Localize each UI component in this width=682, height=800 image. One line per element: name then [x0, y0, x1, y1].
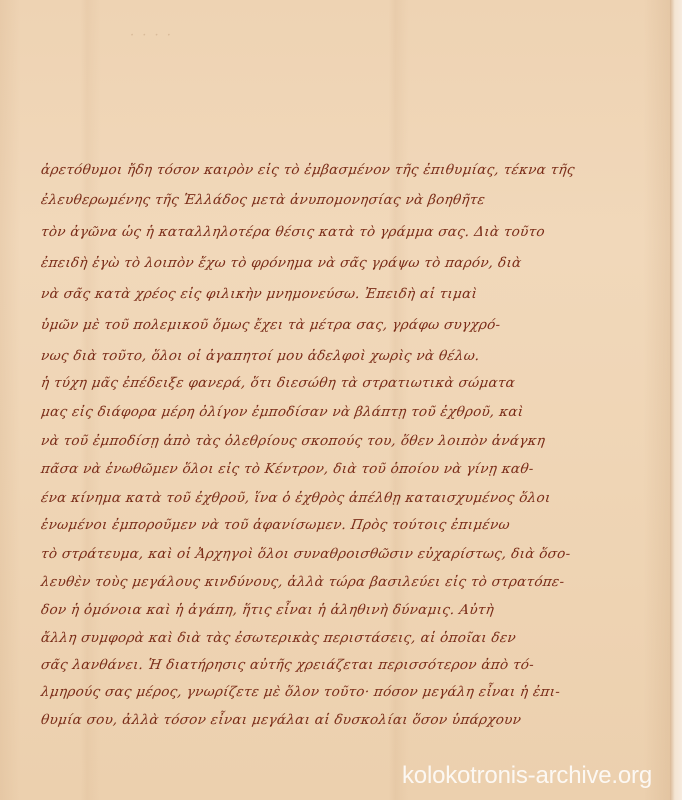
manuscript-line-6: ὑμῶν μὲ τοῦ πολεμικοῦ ὅμως ἔχει τὰ μέτρα… [40, 317, 502, 333]
manuscript-line-15: λευθὲν τοὺς μεγάλους κινδύνους, ἀλλὰ τώρ… [40, 574, 566, 590]
manuscript-line-5: νὰ σᾶς κατὰ χρέος εἰς φιλικὴν μνημονεύσω… [40, 286, 478, 302]
manuscript-line-1: ἀρετόθυμοι ἤδη τόσον καιρὸν εἰς τὸ ἐμβασ… [40, 162, 576, 178]
manuscript-line-20: θυμία σου, ἀλλὰ τόσον εἶναι μεγάλαι αἱ δ… [40, 712, 522, 728]
manuscript-line-7: νως διὰ τοῦτο, ὅλοι οἱ ἀγαπητοί μου ἀδελ… [40, 348, 481, 364]
manuscript-line-16: δον ἡ ὁμόνοια καὶ ἡ ἀγάπη, ἥτις εἶναι ἡ … [40, 602, 495, 618]
archive-watermark: kolokotronis-archive.org [402, 762, 652, 790]
manuscript-line-2: ἐλευθερωμένης τῆς Ἑλλάδος μετὰ ἀνυπομονη… [40, 192, 486, 208]
manuscript-line-19: λμηρούς σας μέρος, γνωρίζετε μὲ ὅλον τοῦ… [40, 684, 561, 700]
manuscript-line-10: νὰ τοῦ ἐμποδίσῃ ἀπὸ τὰς ὀλεθρίους σκοπού… [40, 433, 546, 449]
manuscript-line-11: πᾶσα νὰ ἑνωθῶμεν ὅλοι εἰς τὸ Κέντρον, δι… [40, 461, 535, 477]
manuscript-line-18: σᾶς λανθάνει. Ἡ διατήρησις αὐτῆς χρειάζε… [40, 657, 535, 673]
manuscript-line-17: ἄλλη συμφορὰ καὶ διὰ τὰς ἐσωτερικὰς περι… [40, 630, 517, 646]
manuscript-line-4: ἐπειδὴ ἐγὼ τὸ λοιπὸν ἔχω τὸ φρόνημα νὰ σ… [40, 255, 523, 271]
manuscript-line-8: ἡ τύχη μᾶς ἐπέδειξε φανερά, ὅτι διεσώθη … [40, 375, 516, 391]
ink-bleed-through: · · · · [130, 28, 550, 58]
manuscript-line-12: ένα κίνημα κατὰ τοῦ ἐχθροῦ, ἵνα ὁ ἐχθρὸς… [40, 490, 552, 506]
manuscript-line-9: μας εἰς διάφορα μέρη ὀλίγον ἐμποδίσαν νὰ… [40, 404, 525, 420]
manuscript-line-13: ἑνωμένοι ἐμποροῦμεν νὰ τοῦ ἀφανίσωμεν. Π… [40, 517, 511, 533]
paper-edge [670, 0, 682, 800]
manuscript-line-14: τὸ στράτευμα, καὶ οἱ Ἀρχηγοὶ ὅλοι συναθρ… [40, 546, 572, 562]
manuscript-line-3: τὸν ἀγῶνα ὡς ἡ καταλληλοτέρα θέσις κατὰ … [40, 224, 546, 240]
manuscript-page: · · · · ἀρετόθυμοι ἤδη τόσον καιρὸν εἰς … [0, 0, 670, 800]
